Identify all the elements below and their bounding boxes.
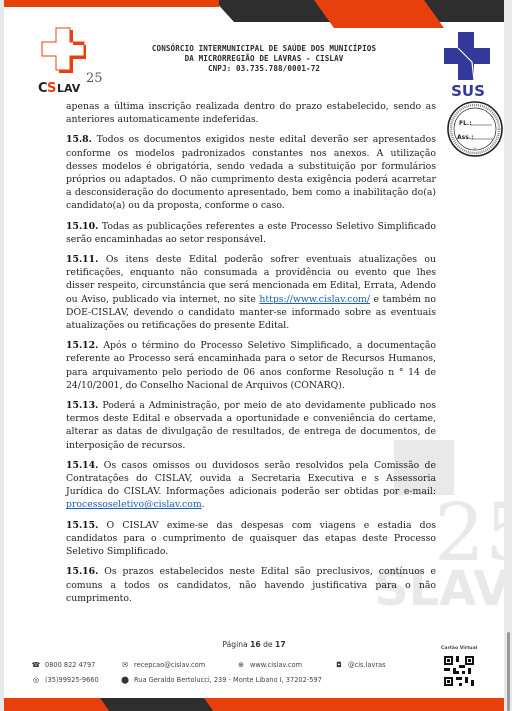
section-15-16: 15.16. Os prazos estabelecidos neste Edi…: [66, 565, 436, 605]
location-pin-icon: ⬤: [121, 676, 129, 684]
sus-logo: SUS: [444, 30, 492, 100]
vertical-scrollbar[interactable]: [504, 0, 512, 711]
footer-decorative-band: [4, 697, 504, 711]
svg-text:+: +: [473, 146, 477, 152]
footer-whatsapp: ◎ (35)99925-9660: [32, 676, 99, 684]
cislav-logo: C S LAV 25: [36, 26, 106, 96]
contact-footer: ☎ 0800 822 4797 ◎ (35)99925-9660 ✉ recep…: [4, 657, 504, 697]
instagram-icon: ◘: [335, 661, 343, 669]
section-15-13: 15.13. Poderá a Administração, por meio …: [66, 399, 436, 452]
section-15-14: 15.14. Os casos omissos ou duvidosos ser…: [66, 459, 436, 512]
footer-phone: ☎ 0800 822 4797: [32, 661, 95, 669]
globe-icon: ⊕: [237, 661, 245, 669]
footer-website: ⊕ www.cislav.com: [237, 661, 302, 669]
section-number: 15.14.: [66, 460, 98, 471]
header-line-2: DA MICRORREGIÃO DE LAVRAS - CISLAV: [104, 54, 424, 64]
edital-body: apenas a última inscrição realizada dent…: [66, 100, 436, 612]
organization-header: CONSÓRCIO INTERMUNICIPAL DE SAÚDE DOS MU…: [104, 44, 424, 74]
section-15-10: 15.10. Todas as publicações referentes a…: [66, 220, 436, 246]
section-number: 15.16.: [66, 566, 98, 577]
section-15-15: 15.15. O CISLAV exime-se das despesas co…: [66, 519, 436, 559]
section-number: 15.12.: [66, 340, 98, 351]
mail-icon: ✉: [121, 661, 129, 669]
svg-text:SUS: SUS: [451, 82, 485, 100]
page-number: Página 16 de 17: [4, 640, 504, 649]
footer-email: ✉ recepcao@cislav.com: [121, 661, 205, 669]
qr-code: [444, 655, 474, 687]
header-cnpj: CNPJ: 03.735.788/0001-72: [104, 64, 424, 74]
svg-text:S: S: [47, 81, 56, 96]
footer-address: ⬤ Rua Geraldo Bertolucci, 239 - Monte Li…: [121, 676, 322, 684]
section-15-12: 15.12. Após o término do Processo Seleti…: [66, 339, 436, 392]
section-15-8: 15.8. Todos os documentos exigidos neste…: [66, 133, 436, 212]
section-number: 15.15.: [66, 520, 98, 531]
section-number: 15.10.: [66, 221, 98, 232]
footer-instagram: ◘ @cis.lavras: [335, 661, 386, 669]
svg-text:Ass.:: Ass.:: [457, 134, 473, 141]
section-number: 15.11.: [66, 254, 98, 265]
intro-paragraph: apenas a última inscrição realizada dent…: [66, 100, 436, 126]
cislav-website-link[interactable]: https://www.cislav.com/: [259, 294, 370, 305]
svg-text:FL.:: FL.:: [459, 120, 472, 127]
header-line-1: CONSÓRCIO INTERMUNICIPAL DE SAÚDE DOS MU…: [104, 44, 424, 54]
section-number: 15.13.: [66, 400, 98, 411]
phone-icon: ☎: [32, 661, 40, 669]
protocol-stamp: FL.: Ass.: +: [446, 100, 504, 158]
scrollbar-thumb[interactable]: [507, 632, 510, 711]
svg-text:25: 25: [86, 71, 103, 86]
section-15-11: 15.11. Os itens deste Edital poderão sof…: [66, 253, 436, 332]
document-page: C S LAV 25 CONSÓRCIO INTERMUNICIPAL DE S…: [4, 0, 504, 711]
svg-text:LAV: LAV: [57, 82, 81, 95]
email-link[interactable]: processoseletivo@cislav.com: [66, 499, 202, 510]
qr-label: Cartão Virtual: [441, 646, 477, 651]
section-number: 15.8.: [66, 134, 92, 145]
whatsapp-icon: ◎: [32, 676, 40, 684]
